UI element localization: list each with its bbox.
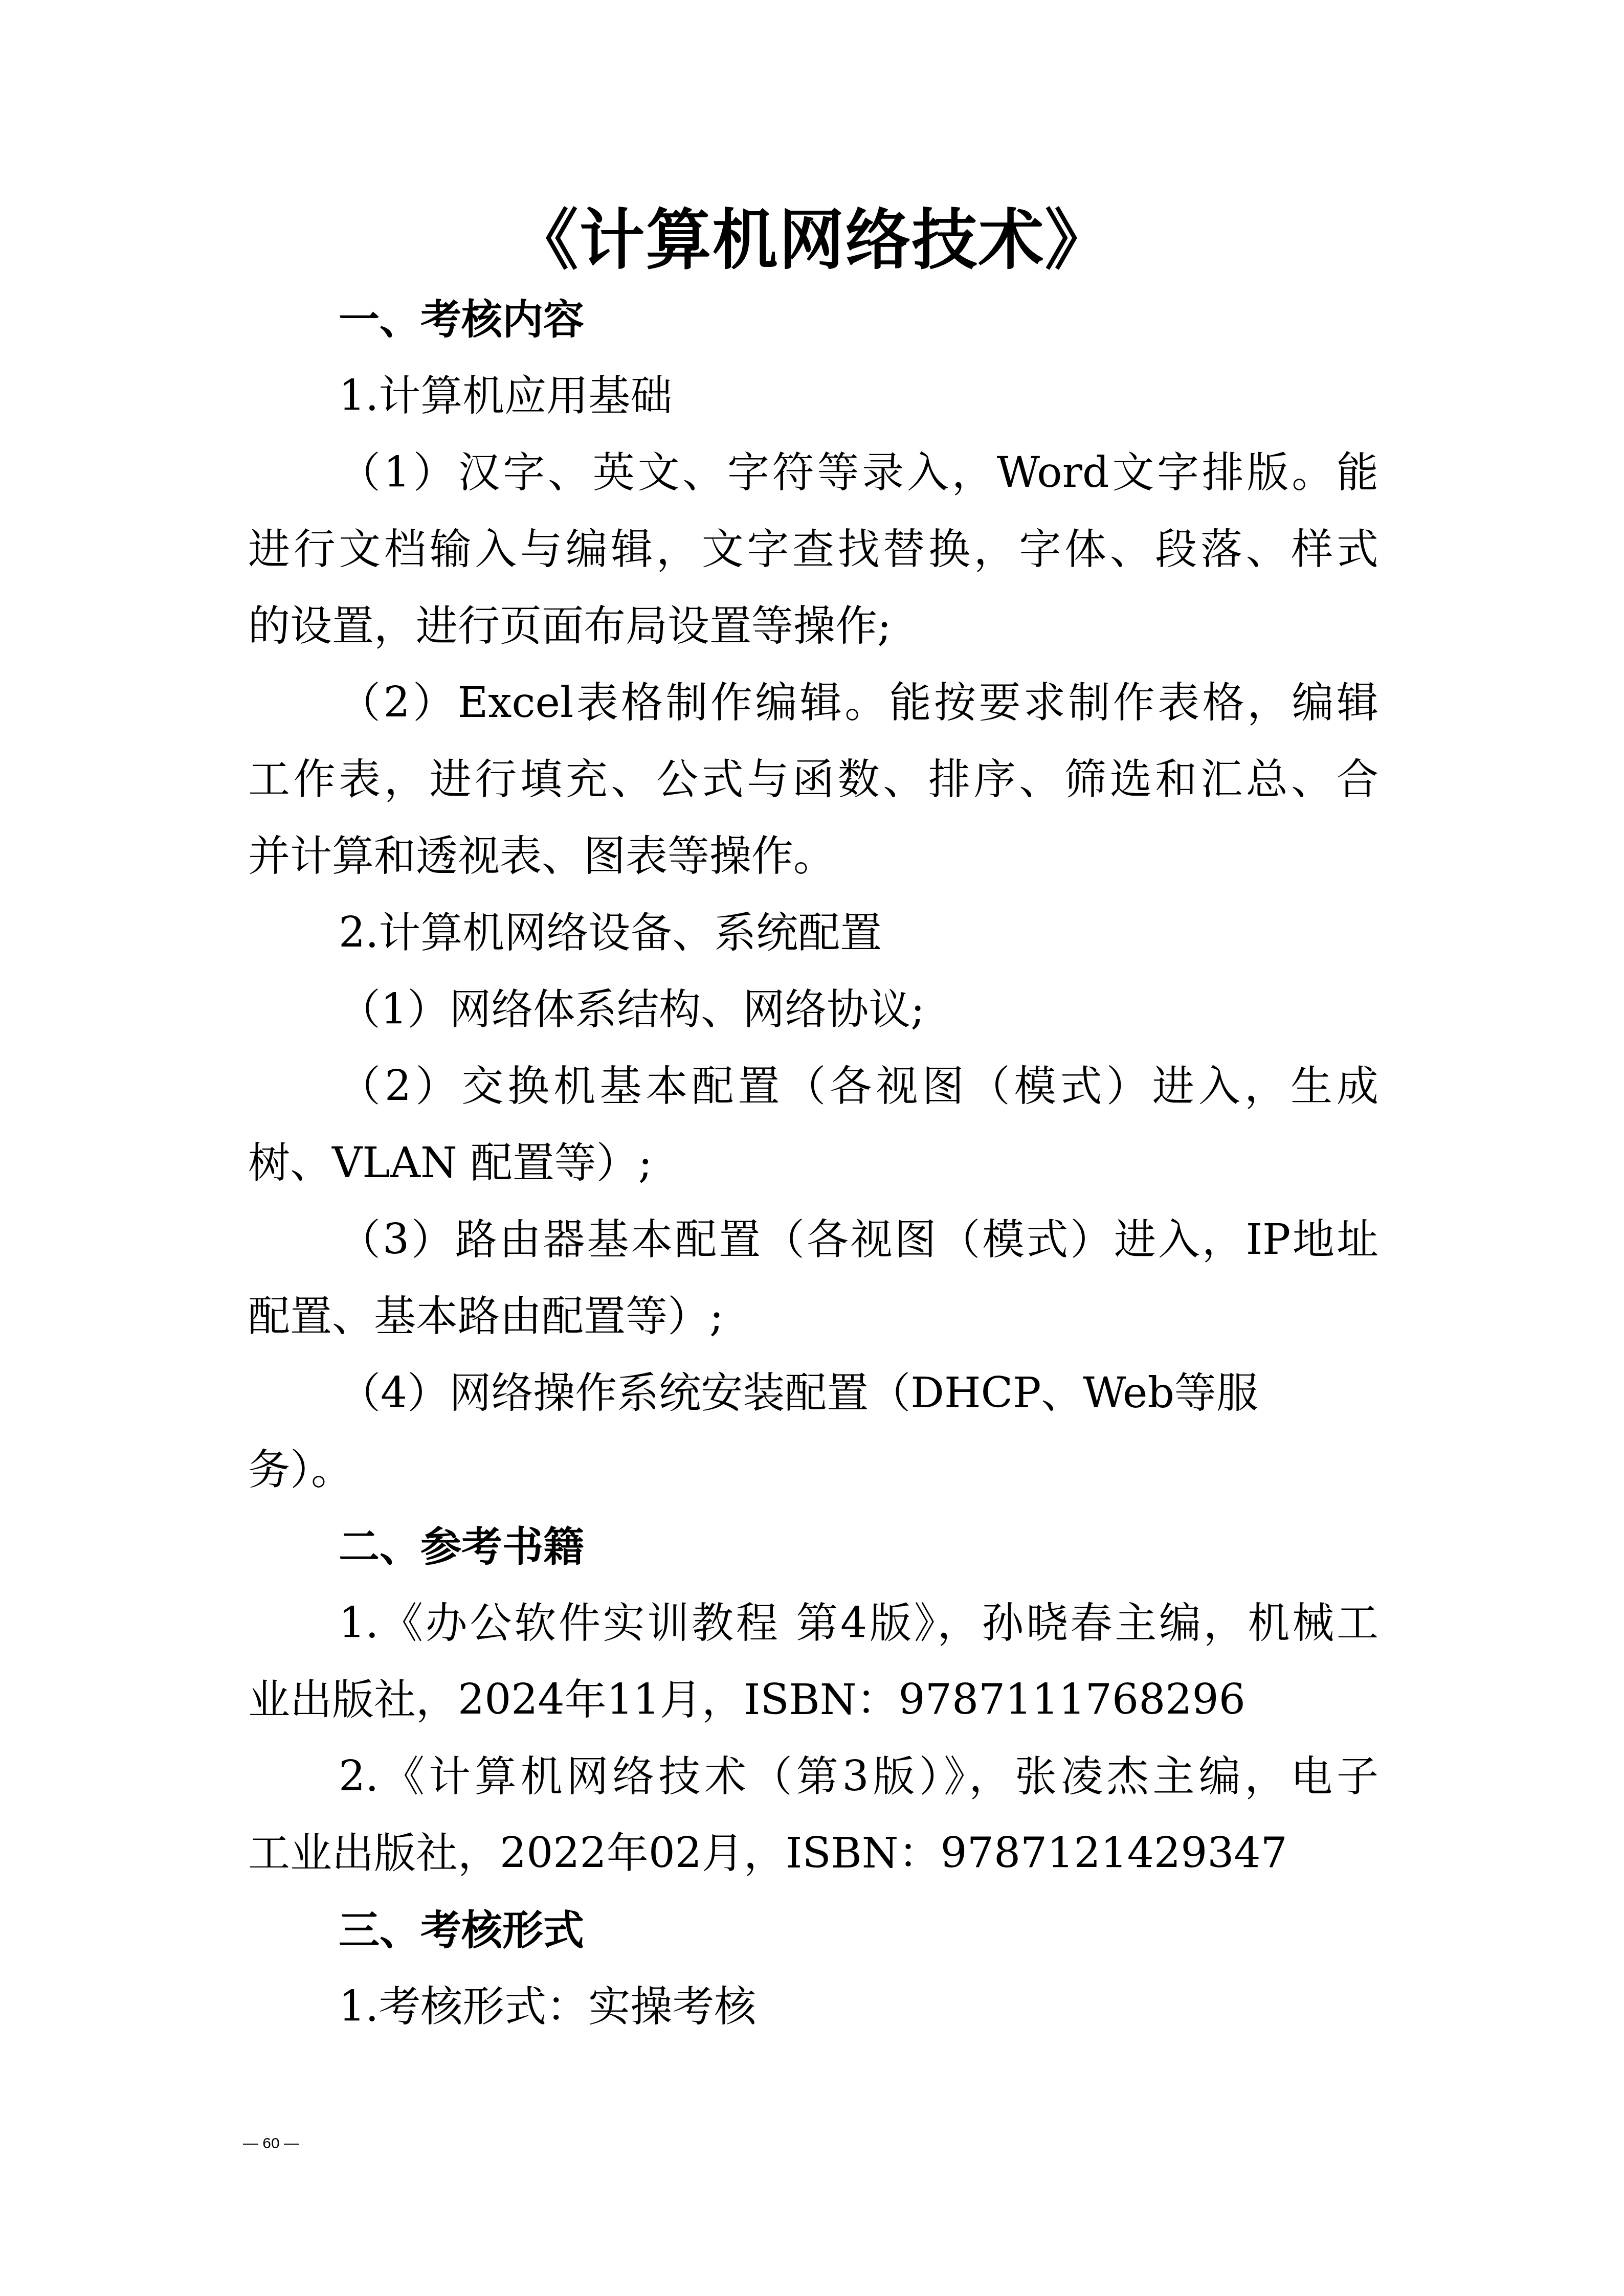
paragraph-line: （3）路由器基本配置（各视图（模式）进入，IP地址 bbox=[339, 1214, 1378, 1266]
paragraph-line: （2）Excel表格制作编辑。能按要求制作表格，编辑 bbox=[339, 678, 1378, 729]
paragraph-line: 树、VLAN 配置等）; bbox=[248, 1138, 652, 1189]
section-heading-reference-books: 二、参考书籍 bbox=[339, 1521, 584, 1572]
paragraph-line: 配置、基本路由配置等）; bbox=[248, 1291, 724, 1342]
paragraph-line: 并计算和透视表、图表等操作。 bbox=[248, 831, 835, 882]
paragraph-line: （4）网络操作系统安装配置（DHCP、Web等服 bbox=[339, 1368, 1258, 1419]
page-number: — 60 — bbox=[243, 2133, 299, 2154]
paragraph-line: （2）交换机基本配置（各视图（模式）进入，生成 bbox=[339, 1061, 1378, 1112]
paragraph-line: （1）网络体系结构、网络协议; bbox=[339, 984, 925, 1036]
document-page: 《计算机网络技术》 一、考核内容 1.计算机应用基础 （1）汉字、英文、字符等录… bbox=[0, 0, 1624, 2296]
assessment-form-line: 1.考核形式：实操考核 bbox=[339, 1982, 756, 2033]
paragraph-line: 工作表，进行填充、公式与函数、排序、筛选和汇总、合 bbox=[248, 754, 1378, 805]
subsection-label-network-devices: 2.计算机网络设备、系统配置 bbox=[339, 908, 882, 959]
paragraph-line: 务）。 bbox=[248, 1445, 353, 1496]
paragraph-line: 的设置，进行页面布局设置等操作; bbox=[248, 601, 892, 652]
section-heading-assessment-content: 一、考核内容 bbox=[339, 294, 584, 345]
reference-line: 1.《办公软件实训教程 第4版》，孙晓春主编，机械工 bbox=[339, 1598, 1378, 1649]
reference-line: 2.《计算机网络技术（第3版）》，张凌杰主编，电子 bbox=[339, 1751, 1378, 1803]
section-heading-assessment-form: 三、考核形式 bbox=[339, 1905, 584, 1956]
reference-line: 业出版社，2024年11月，ISBN：9787111768296 bbox=[248, 1675, 1245, 1726]
paragraph-line: （1）汉字、英文、字符等录入，Word文字排版。能 bbox=[339, 447, 1378, 499]
paragraph-line: 进行文档输入与编辑，文字查找替换，字体、段落、样式 bbox=[248, 524, 1378, 575]
subsection-label-computer-basics: 1.计算机应用基础 bbox=[339, 371, 672, 422]
reference-line: 工业出版社，2022年02月，ISBN：9787121429347 bbox=[248, 1828, 1287, 1879]
document-title: 《计算机网络技术》 bbox=[0, 202, 1624, 279]
